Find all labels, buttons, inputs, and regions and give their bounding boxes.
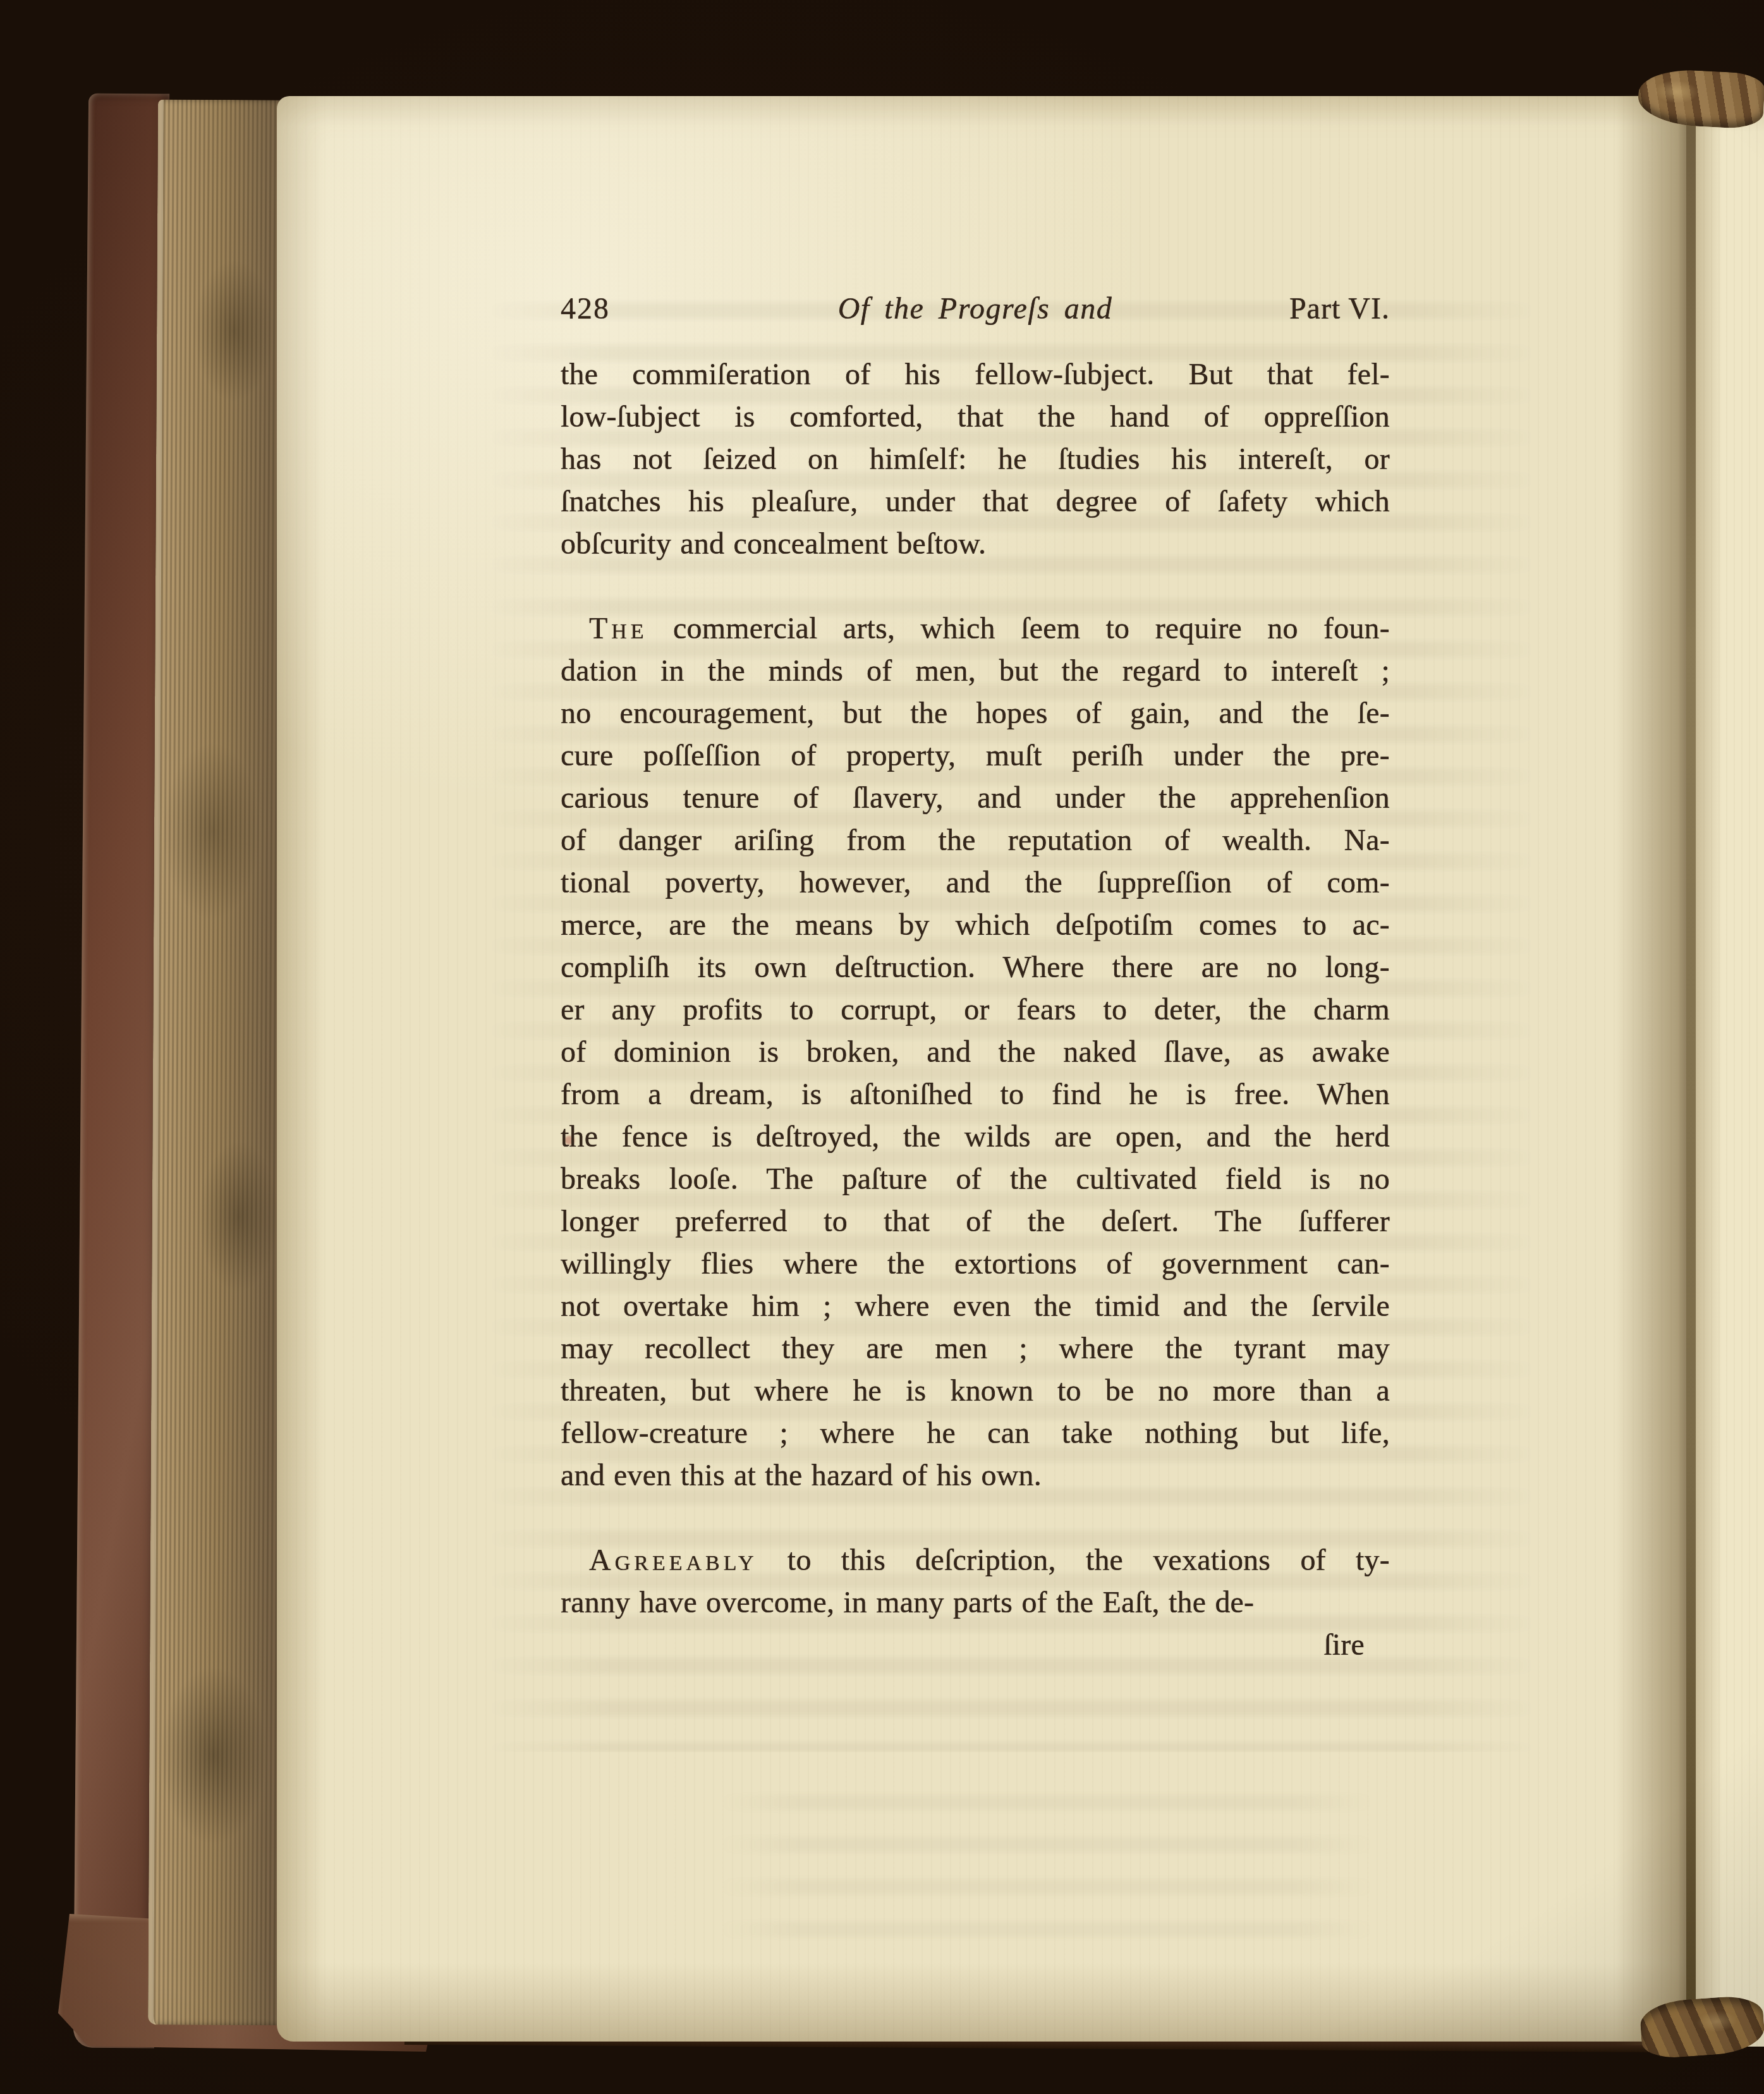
text-line: willingly flies where the extortions of … bbox=[561, 1243, 1390, 1285]
show-through-text bbox=[719, 1777, 1374, 1942]
facing-page-edge bbox=[1696, 95, 1764, 2047]
catchword: ſire bbox=[1323, 1628, 1365, 1662]
text-line: carious tenure of ſlavery, and under the… bbox=[561, 777, 1390, 819]
text-line: merce, are the means by which deſpotiſm … bbox=[561, 904, 1390, 946]
text-line: er any profits to corrupt, or fears to d… bbox=[561, 989, 1390, 1031]
text-line: low-ſubject is comforted, that the hand … bbox=[561, 396, 1390, 438]
text-line: obſcurity and concealment beſtow. bbox=[561, 523, 1390, 565]
gutter-shadow bbox=[1615, 95, 1689, 2045]
text-line: no encouragement, but the hopes of gain,… bbox=[561, 692, 1390, 734]
photo-backdrop: 428 Of the Progreſs and Part VI. the com… bbox=[0, 0, 1764, 2094]
text-line: ſnatches his pleaſure, under that degree… bbox=[561, 480, 1390, 523]
text-line: threaten, but where he is known to be no… bbox=[561, 1370, 1390, 1412]
catchword-row: ſire bbox=[561, 1624, 1390, 1666]
text-line: breaks looſe. The paſture of the cultiva… bbox=[561, 1158, 1390, 1200]
running-title: Of the Progreſs and bbox=[561, 289, 1390, 329]
page-header: 428 Of the Progreſs and Part VI. bbox=[561, 289, 1390, 329]
part-label: Part VI. bbox=[1289, 289, 1390, 329]
text-line: and even this at the hazard of his own. bbox=[561, 1454, 1390, 1497]
text-line: from a dream, is aſtoniſhed to find he i… bbox=[561, 1073, 1390, 1116]
paragraph: Agreeably to this deſcription, the vexat… bbox=[561, 1539, 1390, 1624]
text-line: may recollect they are men ; where the t… bbox=[561, 1327, 1390, 1370]
page-body: the commiſeration of his fellow-ſubject.… bbox=[561, 353, 1390, 1666]
text-line: cure poſſeſſion of property, muſt periſh… bbox=[561, 734, 1390, 777]
text-line: dation in the minds of men, but the rega… bbox=[561, 650, 1390, 692]
text-line: the fence is deſtroyed, the wilds are op… bbox=[561, 1116, 1390, 1158]
paragraph: the commiſeration of his fellow-ſubject.… bbox=[561, 353, 1390, 565]
small-caps-word: Agreeably bbox=[589, 1543, 758, 1577]
gutter bbox=[1686, 94, 1696, 2048]
page-fore-edge bbox=[148, 99, 294, 2025]
text-line: compliſh its own deſtruction. Where ther… bbox=[561, 946, 1390, 989]
text-line: ranny have overcome, in many parts of th… bbox=[561, 1581, 1390, 1624]
text-line: the commiſeration of his fellow-ſubject.… bbox=[561, 353, 1390, 396]
book-page: 428 Of the Progreſs and Part VI. the com… bbox=[277, 96, 1690, 2042]
text-line: tional poverty, however, and the ſuppreſ… bbox=[561, 861, 1390, 904]
text-line: has not ſeized on himſelf: he ſtudies hi… bbox=[561, 438, 1390, 480]
text-line: fellow-creature ; where he can take noth… bbox=[561, 1412, 1390, 1454]
paragraph: The commercial arts, which ſeem to requi… bbox=[561, 607, 1390, 1497]
text-line: of dominion is broken, and the naked ſla… bbox=[561, 1031, 1390, 1073]
text-line: of danger ariſing from the reputation of… bbox=[561, 819, 1390, 861]
text-line: The commercial arts, which ſeem to requi… bbox=[561, 607, 1390, 650]
text-line: not overtake him ; where even the timid … bbox=[561, 1285, 1390, 1327]
small-caps-word: The bbox=[589, 612, 648, 645]
text-line: longer preferred to that of the deſert. … bbox=[561, 1200, 1390, 1243]
text-line: Agreeably to this deſcription, the vexat… bbox=[561, 1539, 1390, 1581]
